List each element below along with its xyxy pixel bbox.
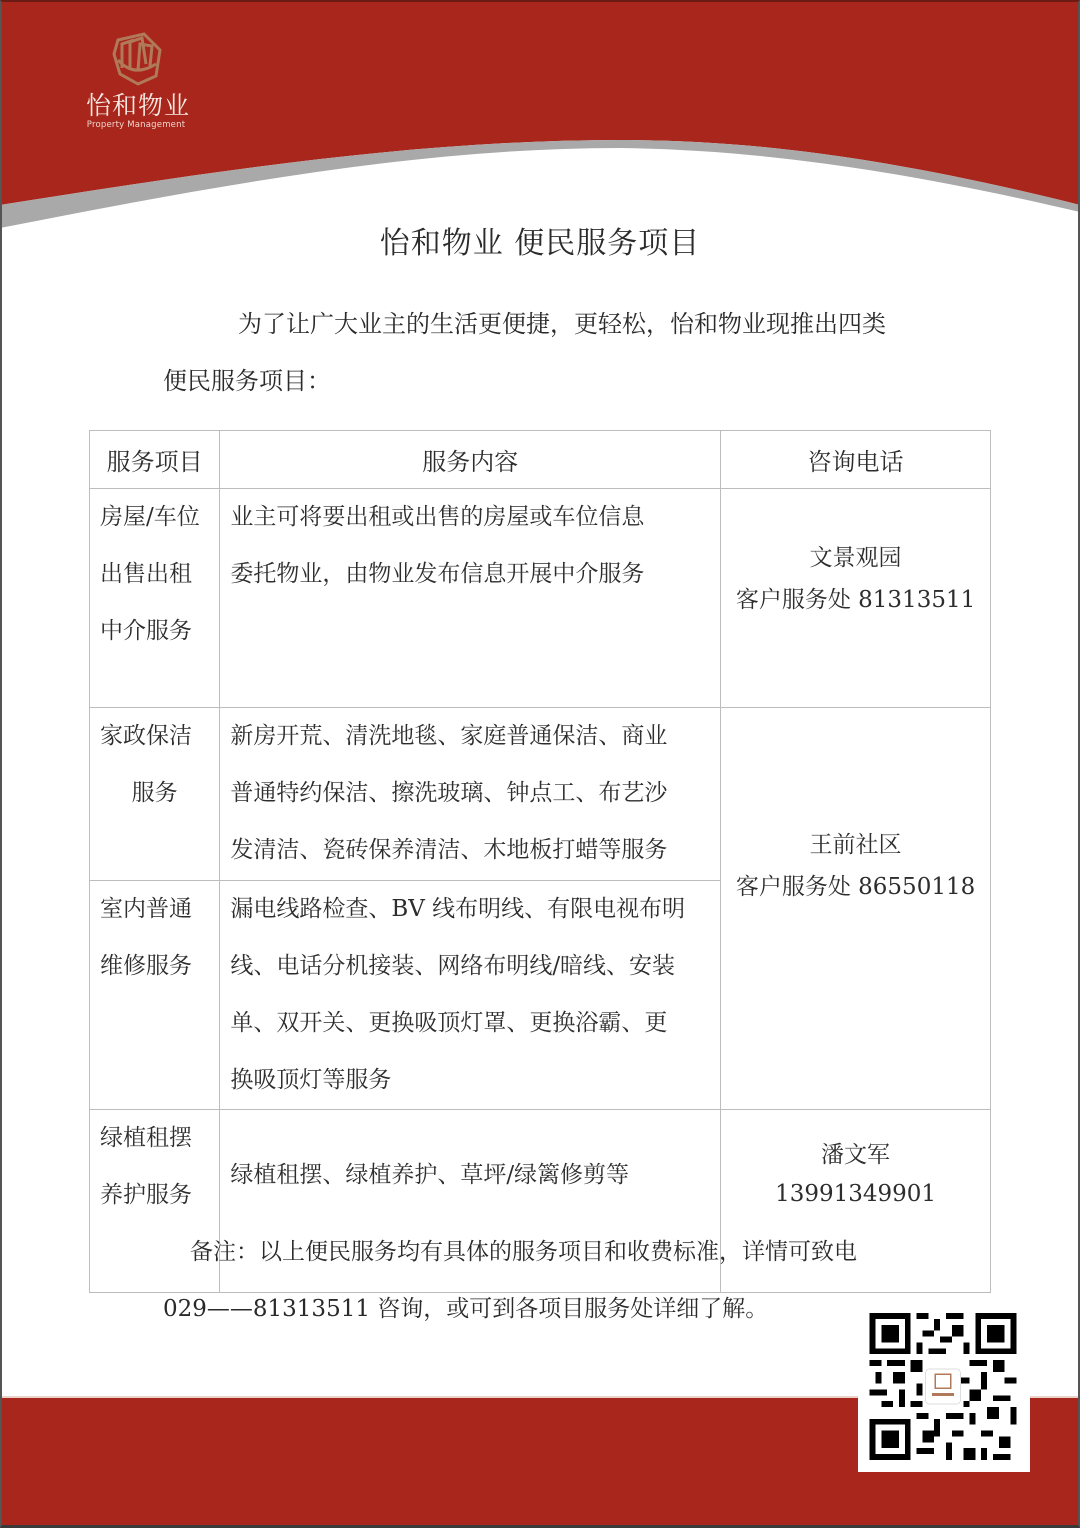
content-line: 委托物业，由物业发布信息开展中介服务: [230, 546, 720, 603]
service-category: 家政保洁 服务: [90, 708, 220, 881]
header-contact-phone: 咨询电话: [721, 431, 991, 489]
content-line: 业主可将要出租或出售的房屋或车位信息: [230, 489, 720, 546]
table-row: 家政保洁 服务 新房开荒、清洗地毯、家庭普通保洁、商业 普通特约保洁、擦洗玻璃、…: [90, 708, 991, 881]
category-line: 维修服务: [100, 938, 219, 995]
service-content: 业主可将要出租或出售的房屋或车位信息 委托物业，由物业发布信息开展中介服务: [220, 489, 721, 708]
category-line: 房屋/车位: [100, 489, 219, 546]
qr-code[interactable]: [858, 1307, 1030, 1472]
content-line: 线、电话分机接装、网络布明线/暗线、安装: [230, 938, 720, 995]
footnote: 备注：以上便民服务均有具体的服务项目和收费标准，详情可致电 029——81313…: [163, 1224, 963, 1338]
content-line: 换吸顶灯等服务: [230, 1052, 720, 1109]
header-service-item: 服务项目: [90, 431, 220, 489]
logo-building-icon: [106, 30, 166, 88]
category-line: 家政保洁: [100, 708, 219, 765]
intro-paragraph: 为了让广大业主的生活更便捷，更轻松，怡和物业现推出四类 便民服务项目：: [163, 296, 943, 410]
contact-phone: 客户服务处 81313511: [721, 579, 990, 621]
category-line: 绿植租摆: [100, 1110, 219, 1167]
footnote-line-2: 029——81313511 咨询，或可到各项目服务处详细了解。: [163, 1281, 963, 1338]
table-header-row: 服务项目 服务内容 咨询电话: [90, 431, 991, 489]
service-content: 新房开荒、清洗地毯、家庭普通保洁、商业 普通特约保洁、擦洗玻璃、钟点工、布艺沙 …: [220, 708, 721, 881]
brand-name-cn: 怡和物业: [86, 92, 186, 120]
brand-logo: 怡和物业 Property Management: [86, 30, 186, 130]
services-table: 服务项目 服务内容 咨询电话 房屋/车位 出售出租 中介服务 业主可将要出租或出…: [89, 430, 991, 1293]
intro-line-2: 便民服务项目：: [163, 353, 943, 410]
contact-cell: 文景观园 客户服务处 81313511: [721, 489, 991, 708]
content-line: 单、双开关、更换吸顶灯罩、更换浴霸、更: [230, 995, 720, 1052]
brand-name-en: Property Management: [86, 120, 186, 130]
qr-code-icon: [868, 1313, 1018, 1460]
category-line: 室内普通: [100, 881, 219, 938]
service-category: 房屋/车位 出售出租 中介服务: [90, 489, 220, 708]
category-line: 养护服务: [100, 1167, 219, 1224]
header-service-content: 服务内容: [220, 431, 721, 489]
service-category: 室内普通 维修服务: [90, 881, 220, 1110]
service-content: 漏电线路检查、BV 线布明线、有限电视布明 线、电话分机接装、网络布明线/暗线、…: [220, 881, 721, 1110]
content-line: 漏电线路检查、BV 线布明线、有限电视布明: [230, 881, 720, 938]
category-line: 出售出租: [100, 546, 219, 603]
contact-phone: 客户服务处 86550118: [721, 866, 990, 908]
content-line: 新房开荒、清洗地毯、家庭普通保洁、商业: [230, 708, 720, 765]
content-line: 绿植租摆、绿植养护、草坪/绿篱修剪等: [230, 1155, 720, 1195]
footnote-line-1: 备注：以上便民服务均有具体的服务项目和收费标准，详情可致电: [163, 1224, 963, 1281]
contact-name: 王前社区: [721, 824, 990, 866]
contact-phone: 13991349901: [721, 1176, 990, 1212]
intro-line-1: 为了让广大业主的生活更便捷，更轻松，怡和物业现推出四类: [163, 296, 943, 353]
contact-name: 潘文军: [721, 1134, 990, 1176]
content-line: 发清洁、瓷砖保养清洁、木地板打蜡等服务: [230, 822, 720, 879]
content-line: 普通特约保洁、擦洗玻璃、钟点工、布艺沙: [230, 765, 720, 822]
page-title: 怡和物业 便民服务项目: [0, 218, 1080, 262]
contact-cell: 王前社区 客户服务处 86550118: [721, 708, 991, 1110]
category-line: 服务: [100, 765, 219, 822]
table-row: 房屋/车位 出售出租 中介服务 业主可将要出租或出售的房屋或车位信息 委托物业，…: [90, 489, 991, 708]
category-line: 中介服务: [100, 603, 219, 660]
contact-name: 文景观园: [721, 537, 990, 579]
